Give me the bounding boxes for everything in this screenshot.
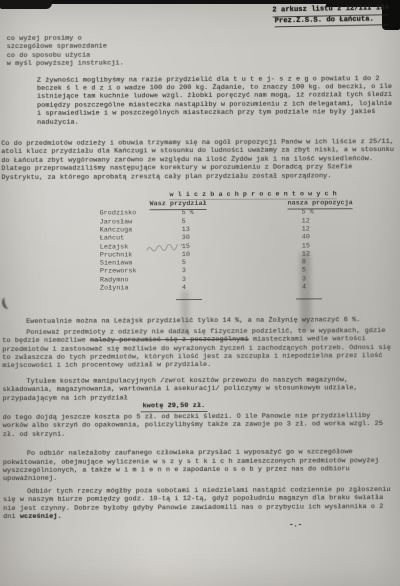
table-row: Żołynia 4 4	[0, 283, 400, 293]
current-share: 3	[182, 276, 186, 284]
end-mark: -.-	[289, 521, 400, 530]
current-share: 5	[182, 218, 186, 226]
amount-line-row: kwotę 29,50 zł.	[1, 401, 400, 413]
town-name: Grodzisko	[100, 210, 137, 218]
paragraph-alternative-split: Ewentualnie można na Leżajsk przydzielić…	[2, 316, 396, 326]
paragraph-extra-costs: do tego dojdą jeszcze koszta po 5 zł. od…	[3, 412, 397, 439]
paragraph-herring-allocation: Z żywności moglibyśmy na razie przydziel…	[37, 75, 393, 127]
current-share: 15	[182, 243, 190, 251]
reference-line: Prez.Ż.S.S. do Łańcuta.	[274, 15, 389, 28]
paragraph-indivisible-items: Ponieważ przedmioty z odzieży nie dadzą …	[2, 327, 396, 371]
struck-text: należy porozumieć się z poszczególnymi	[90, 336, 249, 345]
scan-artifact-ink-smear-left-column	[181, 290, 189, 335]
town-name: Łańcut	[100, 235, 125, 243]
town-name: Przeworsk	[100, 268, 137, 276]
town-name: Pruchnik	[100, 251, 133, 259]
salutation-block: co wyżej prosimy o szczegółowe sprawozda…	[7, 34, 187, 69]
paragraph-text: Po odbiór należałoby zaufanego człowieka…	[3, 448, 379, 483]
current-share: 3	[182, 268, 186, 276]
document-content: 2 arkusz listu z 12/III 194 Prez.Ż.S.S. …	[0, 0, 400, 586]
proposed-share: 15	[302, 242, 310, 250]
salutation-line: w myśl powyższej instrukcji.	[7, 59, 187, 68]
current-share: 13	[182, 226, 190, 234]
scanned-document-page: 2 arkusz listu z 12/III 194 Prez.Ż.S.S. …	[0, 0, 400, 586]
town-name: Sieniawa	[100, 260, 133, 268]
current-share: 30	[182, 234, 190, 242]
proposed-share: 12	[302, 225, 310, 233]
town-name: Leżajsk	[100, 243, 129, 251]
paragraph-pickup-authorization: Po odbiór należałoby zaufanego człowieka…	[3, 448, 397, 484]
town-name: Kańczuga	[100, 226, 133, 234]
table-sum-lines	[0, 294, 400, 306]
allocation-table: w l i c z b a c h p r o c e n t o w y c …	[0, 190, 400, 306]
paragraph-clothing-key: Co do przedmiotów odzieży i obuwia trzym…	[1, 138, 395, 182]
current-share: 10	[182, 251, 190, 259]
paragraph-text-emphasis: wcześniej.	[20, 513, 62, 521]
paragraph-text: Tytułem kosztów manipulacyjnych /zwrot k…	[2, 376, 357, 403]
scan-artifact-ink-smear-right-column	[300, 251, 311, 331]
current-share: 5	[182, 259, 186, 267]
proposed-share: 40	[302, 234, 310, 242]
date-header: 2 arkusz listu z 12/III 194 Prez.Ż.S.S. …	[272, 4, 389, 27]
town-name: Jarosław	[100, 218, 133, 226]
amount-line: kwotę 29,50 zł.	[141, 402, 208, 412]
current-share: 5 %	[182, 209, 194, 217]
town-name: Radymno	[100, 276, 129, 284]
town-name: Żołynia	[100, 284, 129, 292]
proposed-share: 5 %	[302, 209, 314, 217]
paragraph-handling-costs: Tytułem kosztów manipulacyjnych /zwrot k…	[2, 376, 396, 403]
paragraph-pickup-hours: Odbiór tych rzeczy mógłby poza sobotami …	[3, 486, 397, 522]
proposed-share: 12	[302, 217, 310, 225]
